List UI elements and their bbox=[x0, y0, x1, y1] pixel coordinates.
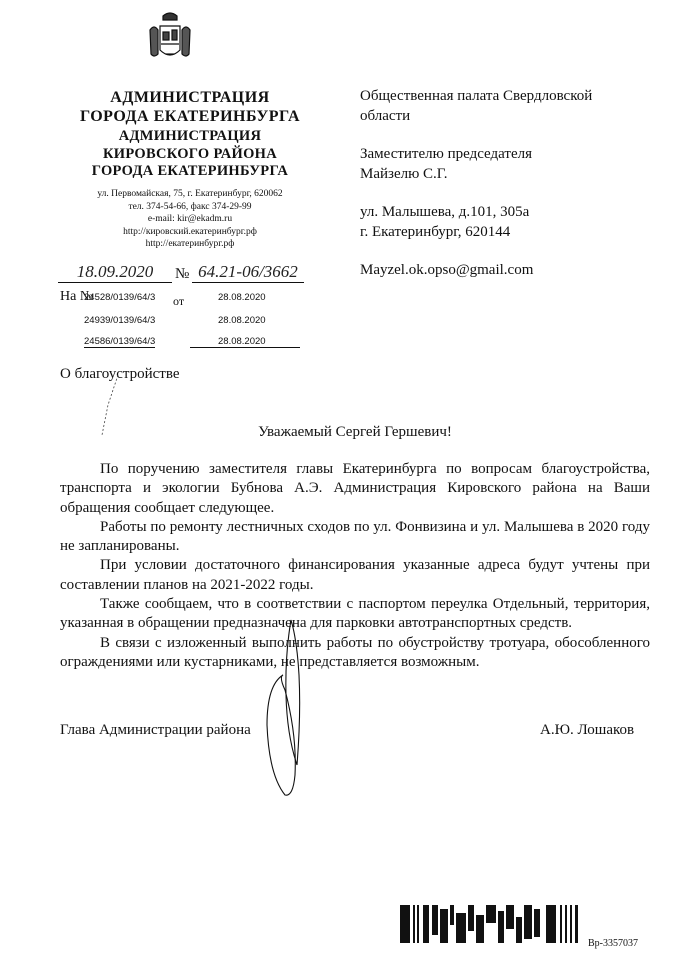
signatory-name: А.Ю. Лошаков bbox=[540, 722, 634, 739]
dept-line-2: КИРОВСКОГО РАЙОНА bbox=[60, 146, 320, 164]
body-paragraph: При условии достаточного финансирования … bbox=[60, 556, 650, 595]
issuer-contacts: ул. Первомайская, 75, г. Екатеринбург, 6… bbox=[60, 188, 320, 251]
handwritten-signature-icon bbox=[255, 615, 325, 805]
signatory-title: Глава Администрации района bbox=[60, 722, 251, 739]
body-paragraph: Работы по ремонту лестничных сходов по у… bbox=[60, 518, 650, 557]
dept-line-3: ГОРОДА ЕКАТЕРИНБУРГА bbox=[60, 163, 320, 181]
org-line-2: ГОРОДА ЕКАТЕРИНБУРГА bbox=[60, 107, 320, 126]
dept-line-1: АДМИНИСТРАЦИЯ bbox=[60, 128, 320, 146]
issuer-phone: тел. 374-54-66, факс 374-29-99 bbox=[60, 201, 320, 214]
recipient-block: Общественная палата Свердловской области… bbox=[360, 86, 660, 298]
recipient-city: г. Екатеринбург, 620144 bbox=[360, 224, 510, 240]
issuer-url-1: http://кировский.екатеринбург.рф bbox=[60, 226, 320, 239]
recipient-street: ул. Малышева, д.101, 305а bbox=[360, 204, 529, 220]
pdf417-barcode-icon bbox=[400, 905, 582, 943]
issuer-dept-header: АДМИНИСТРАЦИЯ КИРОВСКОГО РАЙОНА ГОРОДА Е… bbox=[60, 128, 320, 181]
issuer-address: ул. Первомайская, 75, г. Екатеринбург, 6… bbox=[60, 188, 320, 201]
outgoing-number: 64.21-06/3662 bbox=[192, 262, 304, 283]
issuer-url-2: http://екатеринбург.рф bbox=[60, 238, 320, 251]
recipient-org-line-1: Общественная палата Свердловской bbox=[360, 88, 592, 104]
org-line-1: АДМИНИСТРАЦИЯ bbox=[60, 88, 320, 107]
body-paragraph: Также сообщаем, что в соответствии с пас… bbox=[60, 595, 650, 634]
body-paragraph: В связи с изложенный выполнить работы по… bbox=[60, 634, 650, 673]
recipient-name: Майзелю С.Г. bbox=[360, 166, 448, 182]
issuer-org-header: АДМИНИСТРАЦИЯ ГОРОДА ЕКАТЕРИНБУРГА bbox=[60, 88, 320, 126]
reference-date: 28.08.2020 bbox=[190, 336, 300, 348]
reference-from-label: от bbox=[173, 294, 184, 309]
coat-of-arms-icon bbox=[146, 8, 194, 70]
reference-number: 24939/0139/64/3 bbox=[84, 315, 155, 326]
number-sign: № bbox=[175, 266, 189, 283]
letter-body: По поручению заместителя главы Екатеринб… bbox=[60, 460, 650, 672]
recipient-email: Mayzel.ok.opso@gmail.com bbox=[360, 262, 533, 278]
recipient-position: Заместителю председателя bbox=[360, 146, 532, 162]
reference-number: 24528/0139/64/3 bbox=[84, 292, 155, 303]
reference-date: 28.08.2020 bbox=[218, 292, 266, 303]
greeting: Уважаемый Сергей Гершевич! bbox=[60, 424, 650, 441]
registration-number: Вр-3357037 bbox=[588, 938, 638, 949]
outgoing-date: 18.09.2020 bbox=[58, 262, 172, 283]
body-paragraph: По поручению заместителя главы Екатеринб… bbox=[60, 460, 650, 518]
recipient-org-line-2: области bbox=[360, 108, 410, 124]
reference-number: 24586/0139/64/3 bbox=[84, 336, 155, 348]
reference-date: 28.08.2020 bbox=[218, 315, 266, 326]
issuer-email: e-mail: kir@ekadm.ru bbox=[60, 213, 320, 226]
